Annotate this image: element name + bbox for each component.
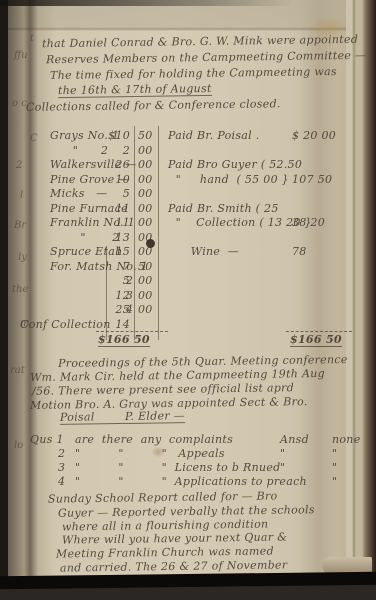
ledger-dollars: 11 [92, 203, 130, 214]
minutes-line: the 16th & 17th of August [58, 83, 212, 98]
ink-blot [146, 239, 155, 248]
margin-fragment: 2 [16, 160, 22, 171]
ledger-row: Grays No. 1 $10 50 Paid Br. Poisal . $ 2… [50, 130, 350, 144]
question-answer: " [332, 476, 337, 487]
question-text: " " " Licens to b Rnued [75, 462, 281, 473]
question-text: " " " Appeals [75, 448, 225, 459]
question-answer: " [332, 462, 337, 473]
ledger-dollars: 15 [92, 246, 130, 257]
margin-fragment: C [30, 133, 38, 144]
ledger-row: Walkersville — 26 00 Paid Bro Guyer ( 52… [50, 159, 350, 173]
margin-fragment: ffu [14, 50, 28, 61]
ledger-dollars: 25 [92, 304, 130, 315]
ledger-cents: 00 [138, 174, 162, 185]
question-number: 3 [58, 462, 65, 473]
margin-fragment: rat [10, 365, 25, 376]
ledger-book-photo: t ffu o c C 2 l Br ly the m rat lo that … [0, 0, 376, 600]
ledger-amount: 78 [292, 246, 307, 257]
ledger-note: Paid Br. Smith ( 25 [168, 203, 279, 214]
ledger-total-right: $166 50 [290, 334, 342, 347]
question-row: Qus 1 are there any complaints Ansd none [30, 434, 350, 448]
ledger-dollars: 11 [92, 217, 130, 228]
question-answer-label: " [280, 448, 285, 459]
ledger-row: Spruce Etah 15 00 Wine — 78 [50, 246, 350, 260]
question-answer-label: " [280, 462, 285, 473]
ledger-cents: 00 [138, 203, 162, 214]
ledger-dollars: 13 [92, 232, 130, 243]
question-text: are there any complaints [75, 434, 233, 445]
ledger-dollars: 14 [92, 319, 130, 330]
ledger-row: Pine Grove — 10 00 " hand ( 55 00 } 107 … [50, 174, 350, 188]
ledger-cents: 00 [138, 188, 162, 199]
ledger-cents: 00 [138, 145, 162, 156]
sunday-school-line: Where will you have your next Quar & [62, 531, 287, 545]
ledger-dollars: 5 [92, 188, 130, 199]
question-answer: none [332, 434, 361, 445]
ledger-cents: 00 [138, 217, 162, 228]
question-row: 4 " " " Applications to preach " [30, 476, 350, 490]
sunday-school-line: Guyer — Reported verbally that the schoo… [58, 504, 315, 519]
question-row: 3 " " " Licens to b Rnued " " [30, 462, 350, 476]
ledger-dollars: 5 [92, 275, 130, 286]
ledger-dollars: 26 [92, 159, 130, 170]
ledger-dollars: 10 [92, 174, 130, 185]
proceedings-line: /56. There were present see official lis… [32, 382, 294, 397]
margin-fragment: l [20, 190, 23, 201]
sunday-school-line: and carried. The 26 & 27 of November [60, 559, 288, 573]
ledger-row: 4 25 00 [50, 304, 350, 318]
sunday-school-line: Sunday School Report called for — Bro [48, 490, 278, 504]
ledger-cents: 00 [138, 275, 162, 286]
ledger-note: Paid Bro Guyer ( 52.50 [168, 159, 302, 170]
question-answer: " [332, 448, 337, 459]
sum-rule [286, 331, 352, 332]
ledger-note: Paid Br. Poisal . [168, 130, 260, 141]
margin-fragment: lo [14, 440, 23, 451]
ledger-row: Franklin No. 1 11 00 " Collection ( 13 2… [50, 217, 350, 231]
margin-fragment: Br [14, 220, 26, 231]
ledger-amount: 38 20 [292, 217, 325, 228]
ledger-note: Wine — [168, 246, 239, 257]
ledger-row: Micks — 5 00 [50, 188, 350, 202]
question-text: " " " Applications to preach [75, 476, 307, 487]
margin-fragment: ly [18, 252, 27, 263]
question-number: 4 [58, 476, 65, 487]
question-answer-label: Ansd [280, 434, 309, 445]
ledger-cents: 00 [138, 304, 162, 315]
margin-fragment: o c [12, 98, 27, 109]
ledger-note: " hand ( 55 00 } [168, 174, 289, 185]
ledger-cents: 50 [138, 261, 162, 272]
sunday-school-line: Meeting Franklin Church was named [56, 545, 274, 559]
ledger-row: 3 12 00 [50, 290, 350, 304]
ledger-dollars: $10 [92, 130, 130, 141]
page-edges-right [346, 0, 376, 600]
question-number: Qus 1 [30, 434, 64, 445]
minutes-line: Collections called for & Conference clos… [26, 98, 281, 113]
margin-fragment: t [30, 33, 34, 44]
page-top-shadow [0, 0, 376, 6]
margin-fragment: the [12, 284, 28, 295]
ledger-cents: 50 [138, 130, 162, 141]
ledger-cents: 00 [138, 159, 162, 170]
ledger-row: 2 5 00 [50, 275, 350, 289]
ledger-row: " 2 13 00 [50, 232, 350, 246]
ledger-row: Pine Furnace 11 00 Paid Br. Smith ( 25 [50, 203, 350, 217]
ledger-dollars: 12 [92, 290, 130, 301]
ledger-cents: 00 [138, 290, 162, 301]
book-cover-left-edge [0, 0, 8, 600]
sum-rule [96, 331, 168, 332]
question-number: 2 [58, 448, 65, 459]
ledger-row: For. Matsh No. 1 7 50 [50, 261, 350, 275]
question-row: 2 " " " Appeals " " [30, 448, 350, 462]
ledger-amount: $ 20 00 [292, 130, 336, 141]
ledger-dollars: 7 [92, 261, 130, 272]
ledger-amount: 107 50 [292, 174, 332, 185]
ledger-note: " Collection ( 13 20 } [168, 217, 312, 228]
ledger-row: " 2 2 00 [50, 145, 350, 159]
proceedings-line: Poisal P. Elder — [60, 410, 185, 425]
ledger-total-left: $166 50 [98, 334, 150, 347]
ledger-dollars: 2 [92, 145, 130, 156]
